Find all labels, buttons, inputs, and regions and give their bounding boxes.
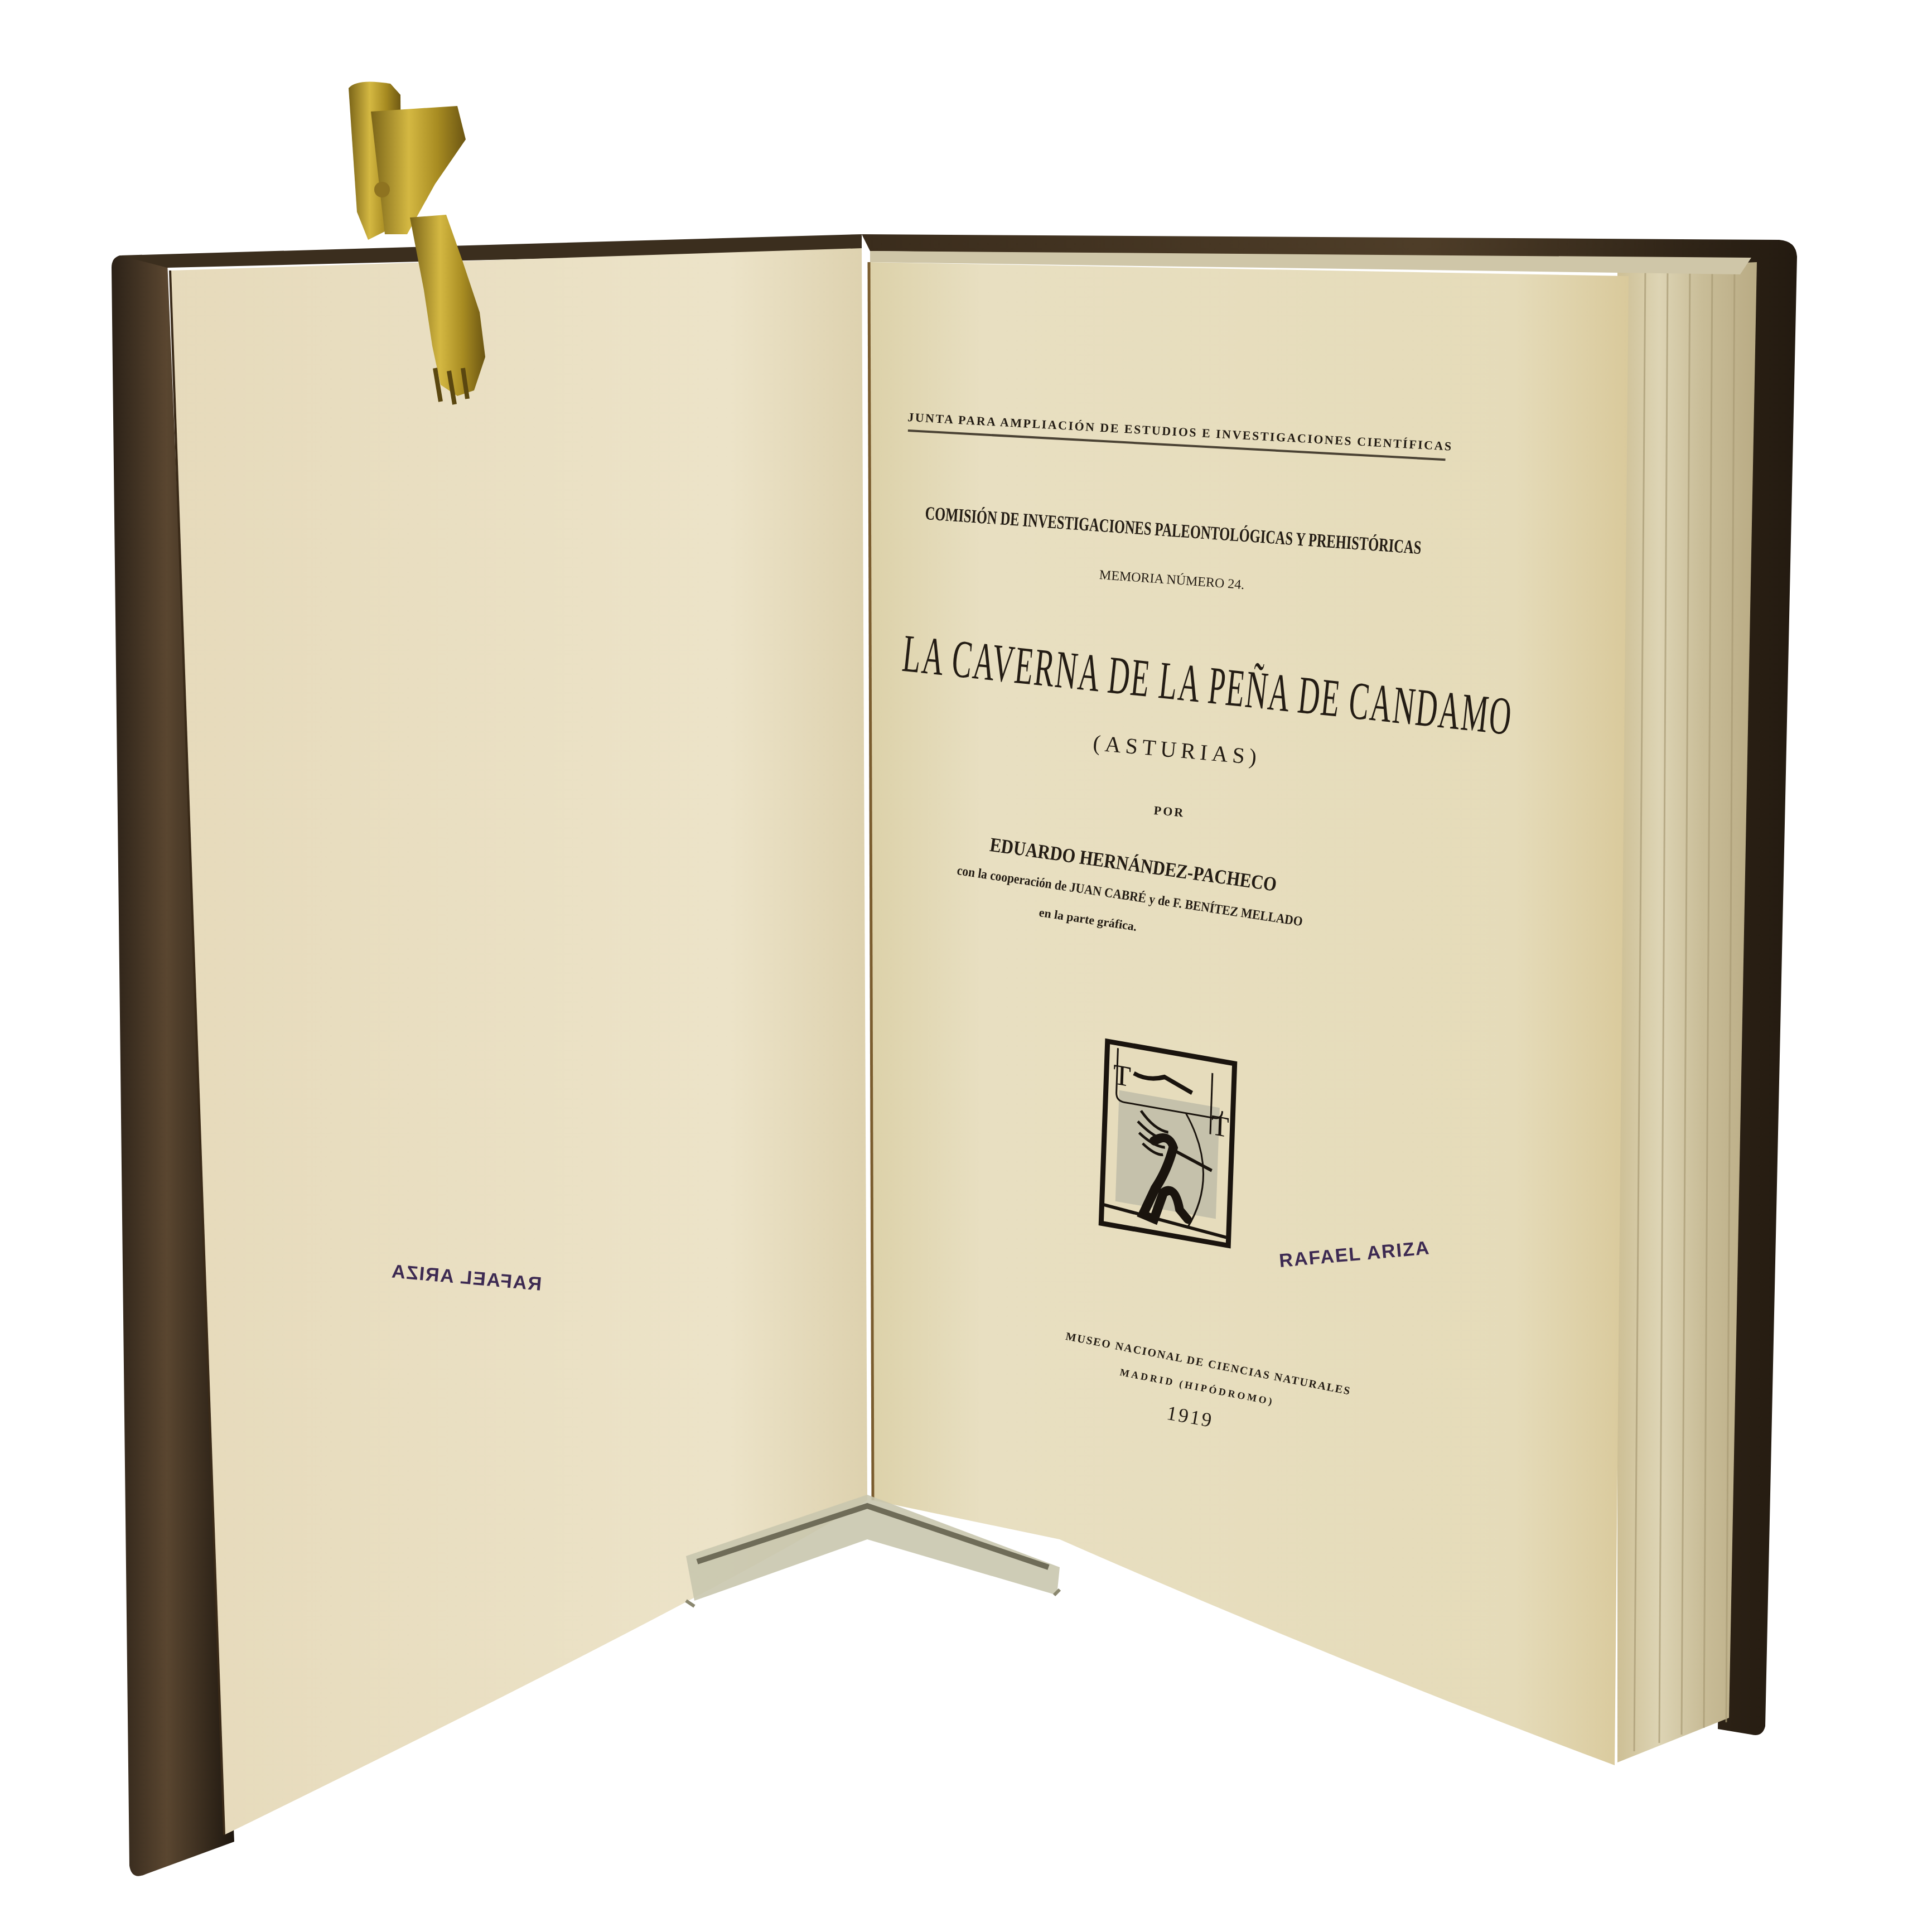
- emblem-letter-right: T: [1211, 1109, 1230, 1144]
- printer-emblem: T T: [1098, 1037, 1238, 1249]
- left-page: [170, 248, 867, 1835]
- book-photo: [0, 0, 1932, 1932]
- by-label: POR: [1153, 803, 1186, 820]
- emblem-letter-left: T: [1113, 1058, 1132, 1093]
